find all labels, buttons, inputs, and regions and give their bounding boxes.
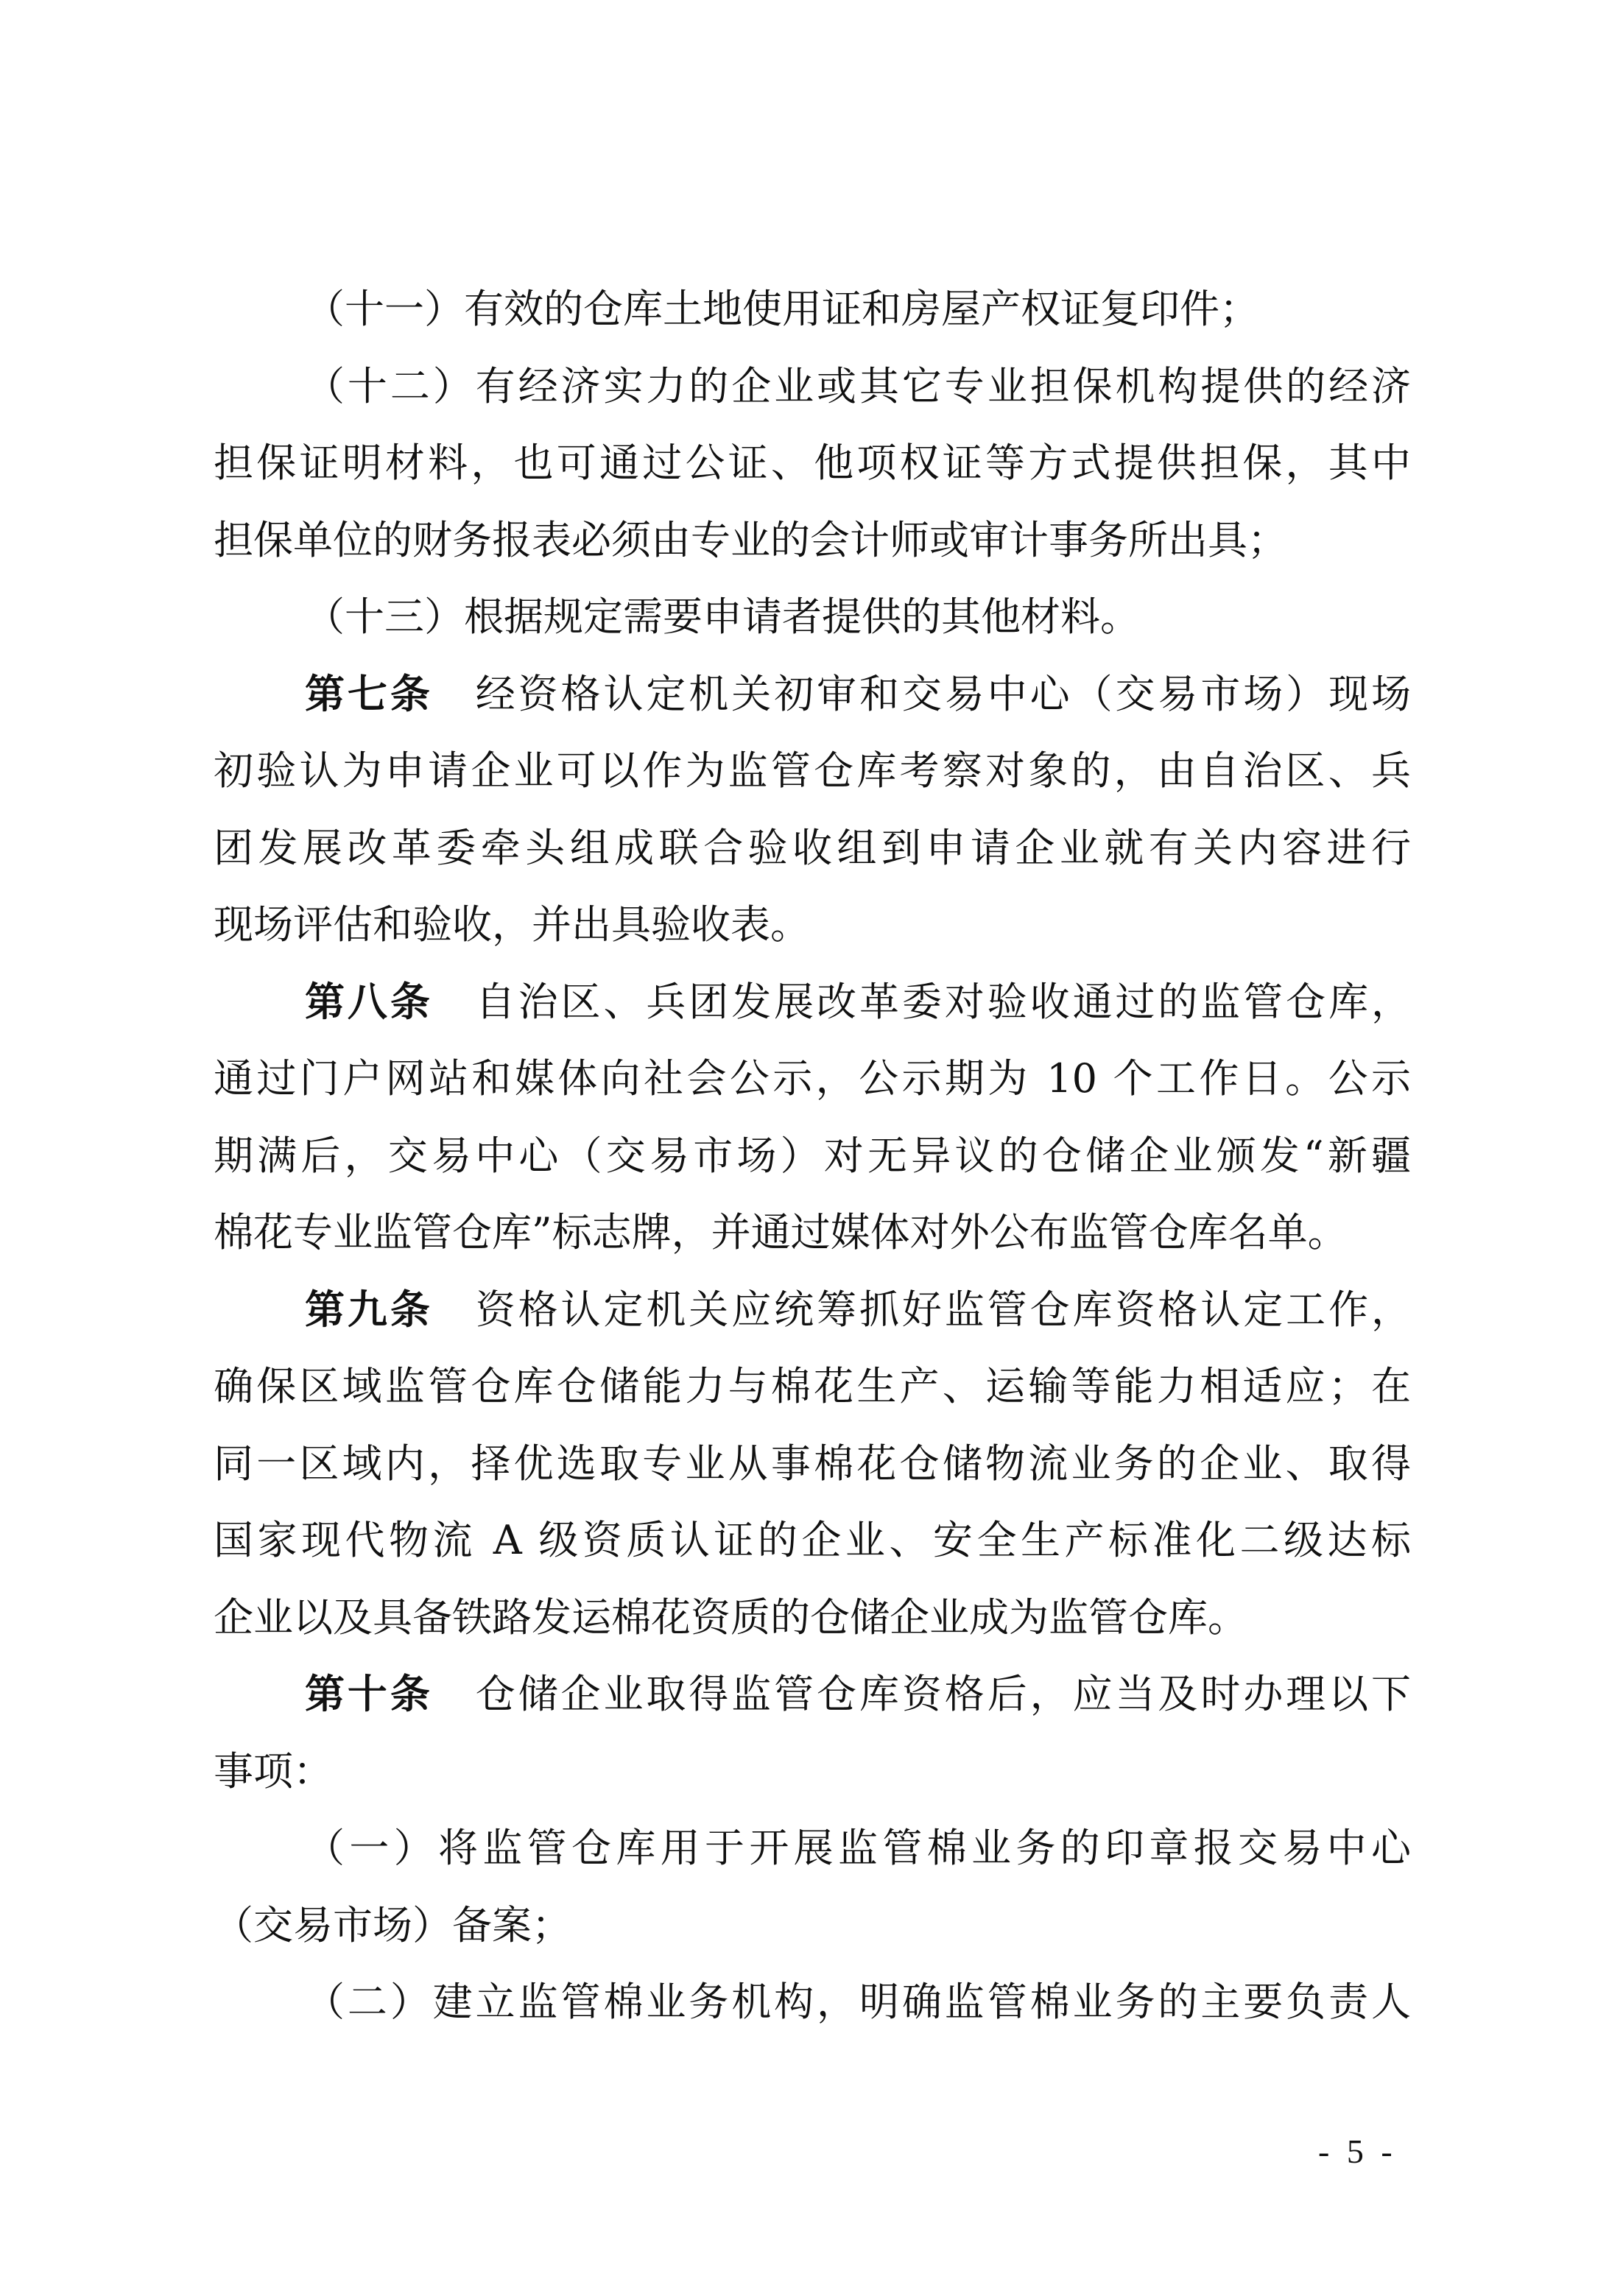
article-9-line-1: 第九条 资格认定机关应统筹抓好监管仓库资格认定工作， <box>214 1272 1411 1349</box>
document-body: （十一）有效的仓库土地使用证和房屋产权证复印件； （十二）有经济实力的企业或其它… <box>214 271 1411 2041</box>
document-page: （十一）有效的仓库土地使用证和房屋产权证复印件； （十二）有经济实力的企业或其它… <box>0 0 1623 2296</box>
article-7-line-2: 初验认为申请企业可以作为监管仓库考察对象的，由自治区、兵 <box>214 733 1411 810</box>
article-10-heading: 第十条 <box>305 1671 433 1717</box>
article-8-line-1: 第八条 自治区、兵团发展改革委对验收通过的监管仓库， <box>214 964 1411 1041</box>
article-10-item-1-line-2: （交易市场）备案； <box>214 1887 1411 1965</box>
page-number: - 5 - <box>1318 2132 1397 2171</box>
article-7-line-3: 团发展改革委牵头组成联合验收组到申请企业就有关内容进行 <box>214 810 1411 887</box>
item-12-line-3: 担保单位的财务报表必须由专业的会计师或审计事务所出具； <box>214 502 1411 580</box>
article-8-line-3: 期满后，交易中心（交易市场）对无异议的仓储企业颁发“新疆 <box>214 1118 1411 1195</box>
article-10-item-2-line-1: （二）建立监管棉业务机构，明确监管棉业务的主要负责人 <box>214 1964 1411 2041</box>
article-10-item-1-line-1: （一）将监管仓库用于开展监管棉业务的印章报交易中心 <box>214 1810 1411 1887</box>
item-11-line-1: （十一）有效的仓库土地使用证和房屋产权证复印件； <box>214 271 1411 348</box>
text-span: 资格认定机关应统筹抓好监管仓库资格认定工作， <box>476 1286 1411 1333</box>
article-9-line-5: 企业以及具备铁路发运棉花资质的仓储企业成为监管仓库。 <box>214 1580 1411 1657</box>
item-12-line-2: 担保证明材料，也可通过公证、他项权证等方式提供担保，其中 <box>214 425 1411 502</box>
article-7-heading: 第七条 <box>305 671 433 717</box>
article-10-line-1: 第十条 仓储企业取得监管仓库资格后，应当及时办理以下 <box>214 1656 1411 1733</box>
text-span: 自治区、兵团发展改革委对验收通过的监管仓库， <box>476 979 1411 1025</box>
text-span: （十一）有效的仓库土地使用证和房屋产权证复印件； <box>305 286 1259 332</box>
article-9-heading: 第九条 <box>305 1286 433 1333</box>
text-span: （十三）根据规定需要申请者提供的其他材料。 <box>305 594 1140 640</box>
article-8-heading: 第八条 <box>305 979 433 1025</box>
text-span: 仓储企业取得监管仓库资格后，应当及时办理以下 <box>476 1671 1411 1717</box>
text-span: （十二）有经济实力的企业或其它专业担保机构提供的经济 <box>305 363 1411 409</box>
article-9-line-4: 国家现代物流 A 级资质认证的企业、安全生产标准化二级达标 <box>214 1502 1411 1580</box>
item-12-line-1: （十二）有经济实力的企业或其它专业担保机构提供的经济 <box>214 348 1411 426</box>
text-span: （一）将监管仓库用于开展监管棉业务的印章报交易中心 <box>305 1825 1411 1871</box>
article-9-line-2: 确保区域监管仓库仓储能力与棉花生产、运输等能力相适应；在 <box>214 1348 1411 1426</box>
article-8-line-4: 棉花专业监管仓库”标志牌，并通过媒体对外公布监管仓库名单。 <box>214 1194 1411 1272</box>
article-8-line-2: 通过门户网站和媒体向社会公示，公示期为 10 个工作日。公示 <box>214 1040 1411 1118</box>
text-span: 经资格认定机关初审和交易中心（交易市场）现场 <box>476 671 1411 717</box>
text-span: （二）建立监管棉业务机构，明确监管棉业务的主要负责人 <box>305 1979 1411 2025</box>
article-10-line-2: 事项： <box>214 1733 1411 1811</box>
article-7-line-4: 现场评估和验收，并出具验收表。 <box>214 887 1411 964</box>
article-9-line-3: 同一区域内，择优选取专业从事棉花仓储物流业务的企业、取得 <box>214 1426 1411 1503</box>
item-13-line-1: （十三）根据规定需要申请者提供的其他材料。 <box>214 579 1411 656</box>
article-7-line-1: 第七条 经资格认定机关初审和交易中心（交易市场）现场 <box>214 656 1411 733</box>
